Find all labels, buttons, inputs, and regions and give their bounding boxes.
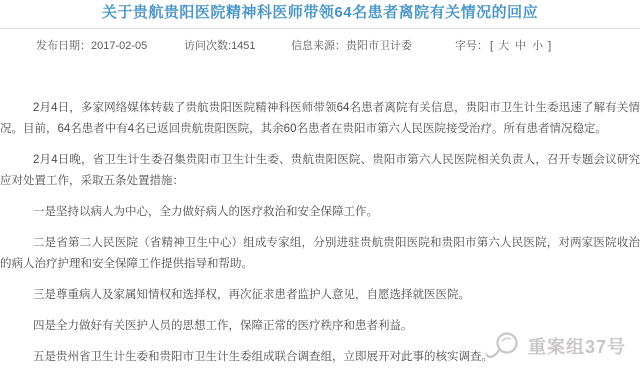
info-source: 信息来源：贵阳市卫计委 (291, 37, 412, 53)
publish-date: 发布日期：2017-02-05 (36, 37, 147, 53)
visit-count: 访问次数:1451 (184, 37, 256, 53)
font-size-small-button[interactable]: 小 (532, 40, 543, 52)
paragraph-measure-1: 一是坚持以病人为中心，全力做好病人的医疗救治和安全保障工作。 (0, 202, 640, 223)
page-title: 关于贵航贵阳医院精神科医师带领64名患者离院有关情况的回应 (0, 0, 640, 21)
font-size-medium-button[interactable]: 中 (515, 40, 526, 52)
visit-count-label: 访问次数: (184, 40, 231, 52)
paragraph-measure-3: 三是尊重病人及家属知情权和选择权，再次征求患者监护人意见，自愿选择就医医院。 (0, 285, 640, 306)
info-source-value: 贵阳市卫计委 (346, 40, 412, 52)
publish-date-value: 2017-02-05 (91, 40, 147, 52)
visit-count-value: 1451 (231, 40, 255, 52)
info-source-label: 信息来源： (291, 40, 346, 52)
publish-date-label: 发布日期： (36, 40, 91, 52)
font-size-bracket-open: [ (490, 40, 493, 52)
font-size-label: 字号： (455, 40, 488, 52)
font-size-control: 字号：[大中小] (455, 37, 553, 53)
paragraph-measure-2: 二是省第二人民医院（省精神卫生中心）组成专家组，分别进驻贵航贵阳医院和贵阳市第六… (0, 233, 640, 275)
paragraph-intro: 2月4日，多家网络媒体转载了贵航贵阳医院精神科医师带领64名患者离院有关信息，贵… (0, 98, 640, 140)
meta-bar: 发布日期：2017-02-05 访问次数:1451 信息来源：贵阳市卫计委 字号… (0, 37, 640, 51)
font-size-bracket-close: ] (548, 40, 551, 52)
magnifier-icon (484, 331, 522, 361)
article-body: 2月4日，多家网络媒体转载了贵航贵阳医院精神科医师带领64名患者离院有关信息，贵… (0, 98, 640, 368)
watermark: 重案组37号 (484, 331, 626, 361)
watermark-text: 重案组37号 (528, 333, 626, 359)
font-size-large-button[interactable]: 大 (498, 40, 509, 52)
title-divider (0, 28, 640, 29)
article-page: 关于贵航贵阳医院精神科医师带领64名患者离院有关情况的回应 发布日期：2017-… (0, 0, 640, 377)
paragraph-meeting: 2月4日晚，省卫生计生委召集贵阳市卫生计生委、贵航贵阳医院、贵阳市第六人民医院相… (0, 150, 640, 192)
